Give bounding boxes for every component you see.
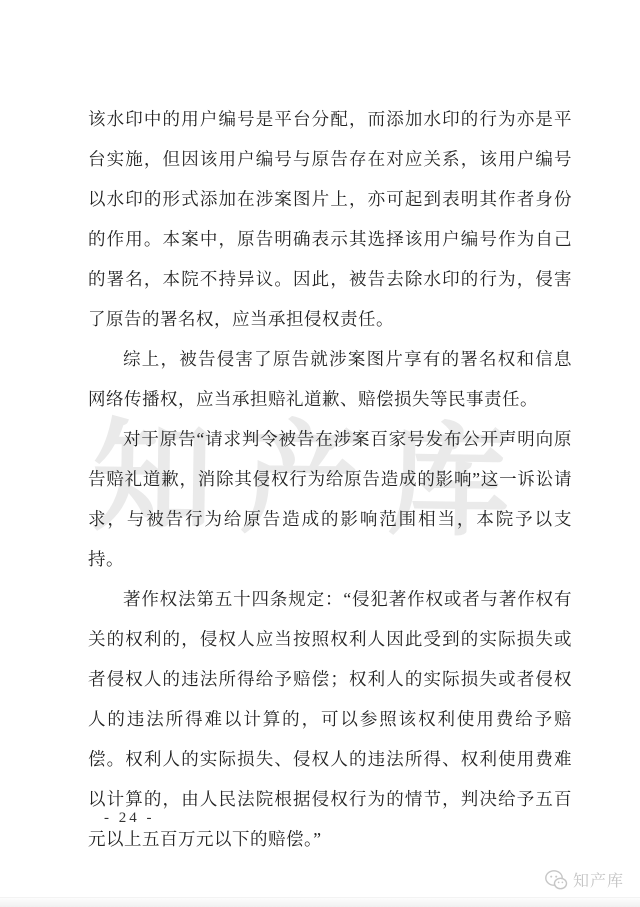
page-number: - 24 - (104, 810, 155, 827)
wechat-icon (544, 869, 568, 891)
paragraph: 对于原告“请求判令被告在涉案百家号发布公开声明向原告赔礼道歉，消除其侵权行为给原… (88, 419, 572, 579)
footer-brand-label: 知产库 (573, 868, 624, 891)
paragraph: 该水印中的用户编号是平台分配，而添加水印的行为亦是平台实施，但因该用户编号与原告… (88, 99, 572, 339)
bottom-divider-bar (0, 897, 640, 907)
document-text-block: 该水印中的用户编号是平台分配，而添加水印的行为亦是平台实施，但因该用户编号与原告… (88, 99, 572, 859)
paragraph: 综上，被告侵害了原告就涉案图片享有的署名权和信息网络传播权，应当承担赔礼道歉、赔… (88, 339, 572, 419)
footer-brand: 知产库 (544, 868, 624, 891)
paragraph: 著作权法第五十四条规定：“侵犯著作权或者与著作权有关的权利的，侵权人应当按照权利… (88, 579, 572, 859)
